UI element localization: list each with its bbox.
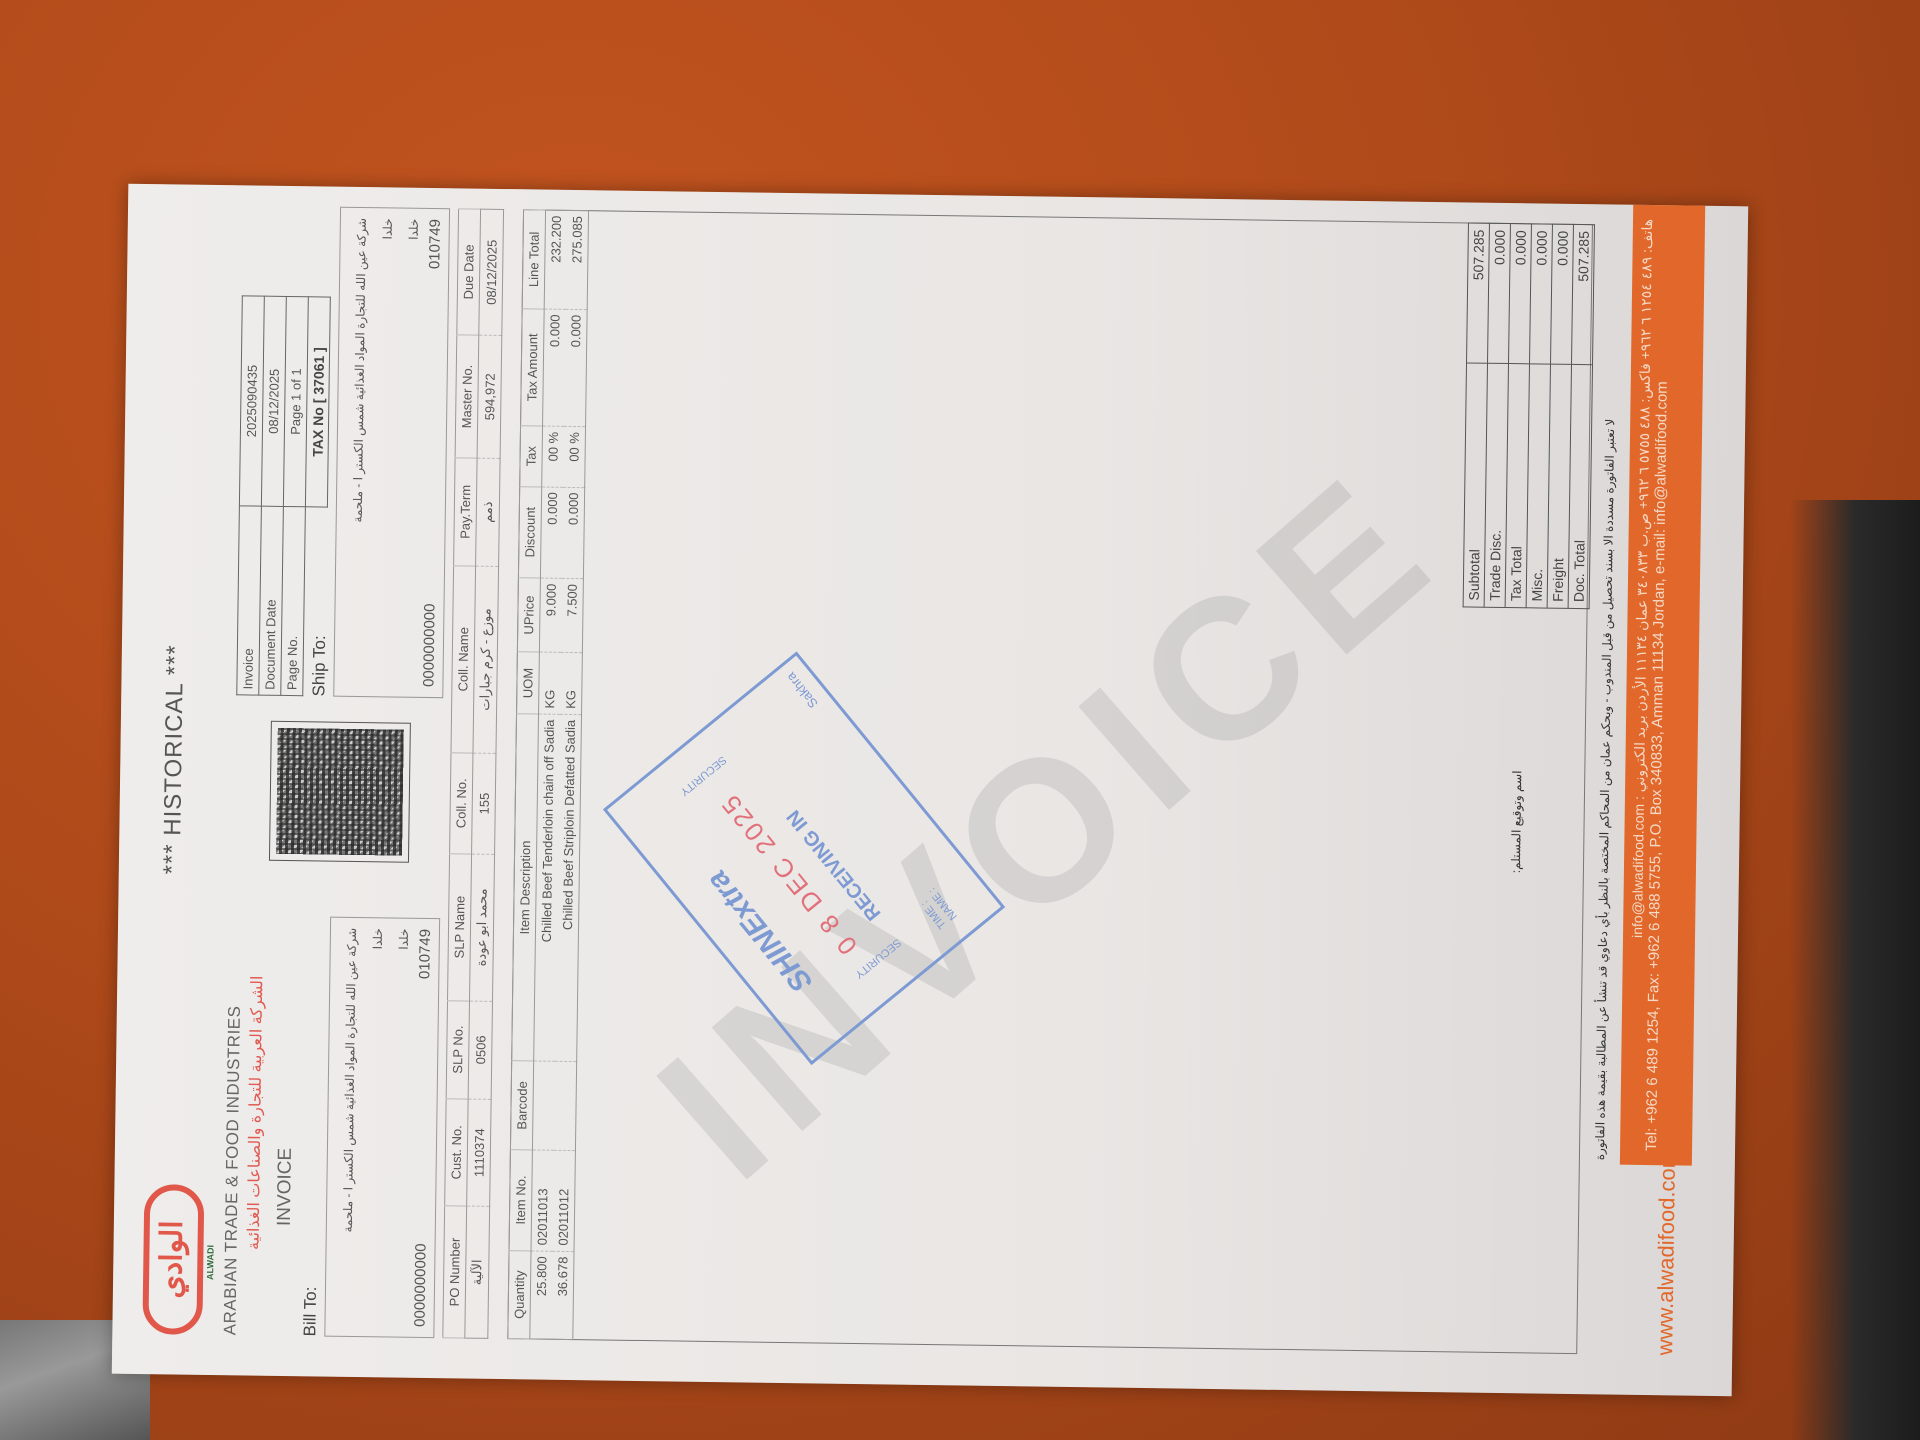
order-info-table: PO NumberCust. No.SLP No.SLP NameColl. N… [442,208,504,1339]
info-column-header: Pay.Term [454,458,477,566]
item-cell: KG [560,653,582,715]
info-column-header: Coll. Name [451,565,476,753]
ship-to-account: 010749 [426,219,444,269]
item-cell: KG [539,652,561,714]
disclaimer-text: لا تعتبر الفاتورة مسددة الا بسند تحصيل م… [1590,224,1620,1354]
item-cell: 02011012 [553,1150,576,1251]
qr-code [269,721,411,863]
items-column-header: Quantity [508,1250,531,1339]
ship-to-label: Ship To: [309,635,330,696]
info-column-header: Coll. No. [450,753,473,854]
info-cell: 08/12/2025 [479,209,504,335]
info-column-header: Due Date [457,209,481,335]
info-cell: محمد ابو عودة [470,854,495,1001]
totals-value: 0.000 [1488,223,1511,363]
item-cell: 02011013 [531,1150,554,1251]
company-logo: الوادي [142,1184,204,1335]
meta-label: Invoice [237,506,262,695]
historical-banner: *** HISTORICAL *** [159,644,190,874]
item-cell: 00 % [563,426,585,487]
bill-to-box: شركة عين الله للتجارة المواد الغذائية شم… [324,917,440,1338]
item-cell: 232.200 [544,210,567,309]
totals-value: 0.000 [1551,224,1574,364]
items-column-header: Item No. [509,1149,532,1250]
totals-label: Doc. Total [1568,364,1592,608]
item-cell [532,1061,555,1150]
totals-value: 0.000 [1509,224,1532,364]
item-cell: 36.678 [551,1251,574,1340]
items-column-header: Tax [520,426,543,487]
company-logo-en: ALWADI [205,1245,215,1280]
meta-value: 08/12/2025 [261,296,286,506]
totals-value: 0.000 [1530,224,1553,364]
bill-to-account: 010749 [416,929,434,979]
info-cell: ذمم [476,458,500,566]
footer-website: www.alwadifood.com [1652,1150,1681,1356]
item-cell: 0.000 [564,309,587,427]
item-cell: 0.000 [543,309,566,427]
items-column-header: Tax Amount [521,309,545,427]
items-column-header: Line Total [522,210,545,309]
stamp-location: Sakhra [783,670,821,711]
meta-value: Page 1 of 1 [283,296,308,506]
totals-value: 507.285 [1572,224,1595,364]
totals-table: Subtotal507.285Trade Disc.0.000Tax Total… [1463,222,1595,609]
stamp-security-right: SECURITY [678,753,729,797]
info-cell: الآلية [465,1206,490,1338]
receiver-signature-label: اسم وتوقيع المستلم: [1509,770,1524,873]
info-column-header: SLP No. [446,1000,469,1098]
items-column-header: Barcode [510,1061,533,1150]
company-name-ar: الشركة العربية للتجارة والصناعات الغذائي… [242,975,267,1335]
bill-to-code: 0000000000 [411,1243,429,1327]
item-cell: 7.500 [561,578,584,653]
info-column-header: Cust. No. [445,1098,469,1206]
item-cell: 275.085 [566,210,589,309]
info-column-header: Master No. [455,335,479,459]
invoice-paper: الوادي ALWADI ARABIAN TRADE & FOOD INDUS… [112,184,1748,1397]
info-cell: 1110374 [467,1099,492,1207]
item-cell: 25.800 [530,1251,553,1340]
tax-number: TAX No [ 37061 ] [305,297,330,507]
info-cell: 0506 [468,1001,492,1099]
item-cell: 0.000 [562,487,585,579]
item-cell [554,1062,577,1151]
document-title: INVOICE [274,1148,297,1226]
item-cell: 9.000 [539,578,562,653]
item-cell: Chilled Beef Striploin Defatted Sadia [555,714,581,1062]
info-column-header: SLP Name [448,853,472,1000]
info-cell: موزع - كرم جبارات [473,566,499,754]
meta-label: Document Date [259,506,284,695]
desk-shadow [1790,500,1920,1440]
totals-value: 507.285 [1467,223,1490,363]
info-column-header: PO Number [443,1206,467,1338]
items-column-header: UPrice [517,578,540,653]
meta-label: Page No. [281,506,306,695]
bill-to-label: Bill To: [300,1287,321,1337]
info-cell: 155 [472,753,496,854]
item-cell: 0.000 [540,487,563,579]
totals-row: Doc. Total507.285 [1568,224,1594,608]
item-cell: 00 % [542,426,564,487]
info-cell: 594,972 [477,335,502,459]
ship-to-code: 0000000000 [420,603,438,687]
ship-to-box: شركة عين الله للتجارة المواد الغذائية شم… [333,207,450,698]
items-column-header: Discount [518,486,541,578]
footer-contact-band: هاتف: ٤٨٩ ١٢٥٤ ٦ ٩٦٢+ فاكس: ٤٨٨ ٥٧٥٥ ٦ ٩… [1620,205,1705,1166]
items-column-header: UOM [517,652,540,714]
company-name-en: ARABIAN TRADE & FOOD INDUSTRIES [220,1005,245,1335]
meta-value: 2025090435 [239,296,264,506]
